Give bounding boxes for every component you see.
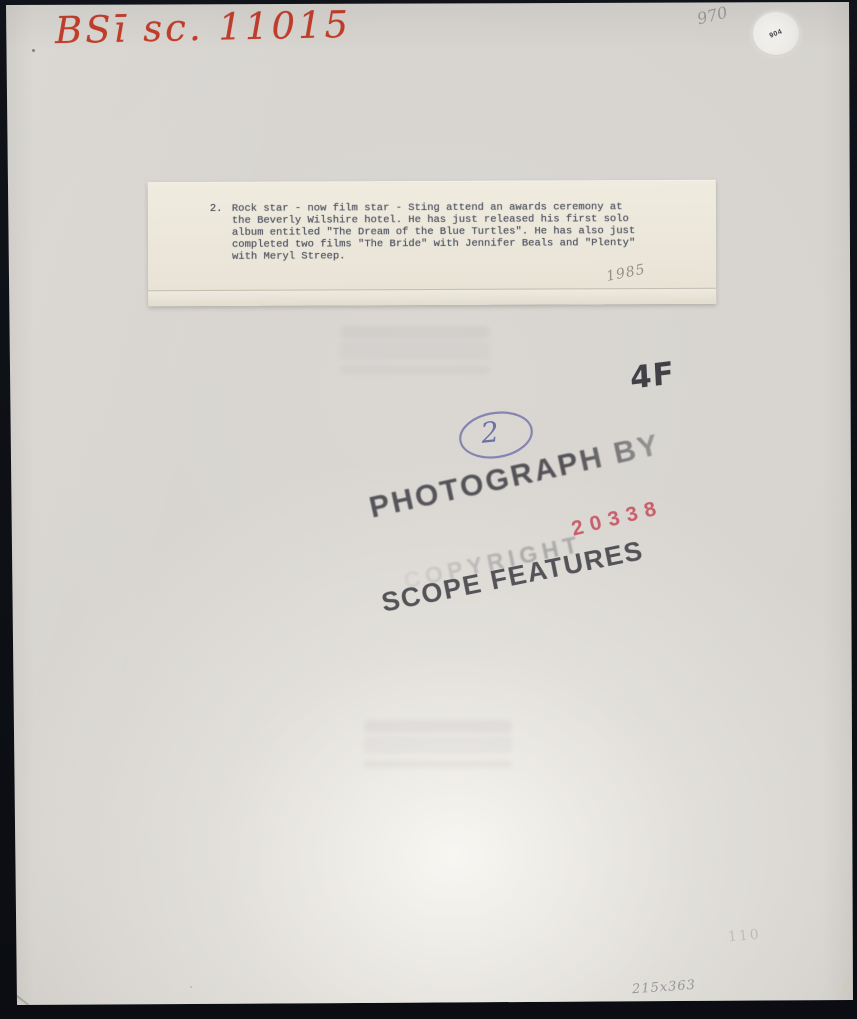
corner-chip [841,982,852,992]
dust-speck [32,49,35,52]
stamp-reference-number: 20338 [569,496,665,542]
caption-label: 2. Rock star - now film star - Sting att… [148,180,717,306]
dust-speck [190,986,192,988]
circled-number: 2 [455,406,539,464]
paper-verso: BSī sc. 11015 970 904 2. Rock star - now… [0,0,857,1019]
circled-number-value: 2 [479,415,500,450]
caption-year-handwriting: 1985 [605,261,647,284]
caption-text: Rock star - now film star - Sting attend… [232,201,672,263]
label-fold-seam [148,288,716,306]
faint-stamp-upper [340,326,490,374]
pencil-note-top-right: 970 [695,3,729,29]
paper-crease [15,994,54,1019]
caption-line: with Meryl Streep. [232,249,672,263]
caption-number: 2. [210,203,223,215]
size-pencil-note: 215x363 [632,978,697,997]
archive-code-handwriting: BSī sc. 11015 [55,3,352,52]
sticker-number: 904 [769,28,784,39]
round-sticker: 904 [753,12,799,55]
caption-line: completed two films "The Bride" with Jen… [232,237,672,251]
grading-mark: 4F [629,355,675,396]
faint-stamp-lower [364,720,512,768]
faint-pencil-mark: 110 [727,927,761,946]
scanned-photo-back: BSī sc. 11015 970 904 2. Rock star - now… [0,0,857,1019]
